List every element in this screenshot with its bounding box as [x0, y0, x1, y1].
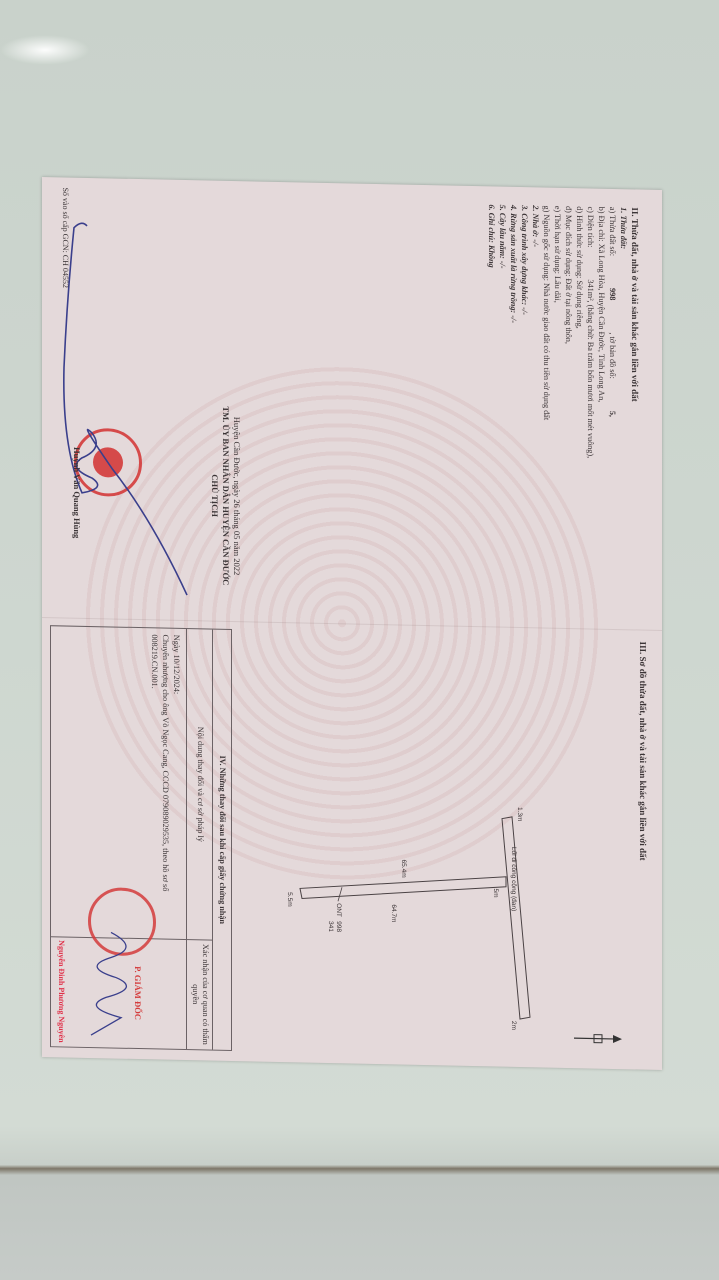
item-forest: 4. Rừng sản xuất là rừng trồng: -/-	[508, 205, 519, 457]
land-line-purpose: đ) Mục đích sử dụng: Đất ở tại nông thôn…	[563, 206, 574, 458]
light-glare	[0, 35, 90, 65]
svg-text:1.3m: 1.3m	[516, 807, 523, 822]
item-house: 2. Nhà ở: -/-	[530, 205, 541, 457]
svg-text:64.7m: 64.7m	[390, 904, 397, 922]
approver-signature-icon	[71, 927, 151, 1039]
signer-name: Huỳnh Văn Quang Hùng	[72, 378, 82, 608]
section-iv-title: IV. Những thay đổi sau khi cấp giấy chứn…	[212, 630, 231, 1050]
svg-text:65.4m: 65.4m	[400, 860, 407, 878]
registration-number: Số vào sổ cấp GCN: CH 04552	[61, 187, 70, 288]
svg-text:5m: 5m	[492, 888, 499, 897]
confirm-signer-name: Nguyễn Đinh Phương Nguyên	[57, 936, 66, 1046]
svg-text:998: 998	[335, 921, 342, 932]
land-line-area: c) Diện tích: 341m², (bằng chữ: Ba trăm …	[585, 206, 596, 458]
col-header-content: Nội dung thay đổi và cơ sở pháp lý	[186, 629, 213, 940]
section-ii-content: II. Thửa đất, nhà ở và tài sản khác gắn …	[486, 204, 640, 459]
land-line-address: b) Địa chỉ: Xã Long Hòa, Huyện Cần Đước,…	[596, 207, 607, 459]
issuer-signature-block: Huyện Cần Đước, ngày 26 tháng 05 năm 202…	[209, 381, 242, 612]
section-iii-iv-page: III. Sơ đồ thửa đất, nhà ở và tài sản kh…	[42, 617, 662, 1070]
section-iii-title: III. Sơ đồ thửa đất, nhà ở và tài sản kh…	[638, 641, 648, 860]
svg-text:5.5m: 5.5m	[286, 892, 293, 907]
svg-text:ONT: ONT	[335, 903, 342, 917]
change-date: Ngày 10/12/2024:	[171, 635, 182, 933]
section-ii-title: II. Thửa đất, nhà ở và tài sản khác gắn …	[629, 207, 640, 459]
land-certificate-document: II. Thửa đất, nhà ở và tài sản khác gắn …	[42, 177, 662, 1070]
col-header-confirm: Xác nhận của cơ quan có thẩm quyền	[186, 939, 213, 1050]
item-perennial-trees: 5. Cây lâu năm: -/-	[497, 205, 508, 457]
issuing-organization: TM. ỦY BAN NHÂN DÂN HUYỆN CẦN ĐƯỚC	[220, 381, 231, 611]
parcel-diagram: Lối đi công cộng (đan) 1.3m 2m 5m 65.4m …	[282, 802, 542, 1047]
svg-text:2m: 2m	[510, 1021, 517, 1030]
changes-table: IV. Những thay đổi sau khi cấp giấy chứn…	[50, 625, 232, 1051]
land-heading: 1. Thửa đất:	[618, 207, 629, 459]
section-ii-page: II. Thửa đất, nhà ở và tài sản khác gắn …	[42, 177, 662, 630]
change-entry: Ngày 10/12/2024: Chuyển nhượng cho ông V…	[145, 628, 186, 939]
svg-text:341: 341	[327, 921, 334, 932]
place-date: Huyện Cần Đước, ngày 26 tháng 05 năm 202…	[231, 381, 242, 611]
item-notes: 6. Ghi chú: Không	[486, 204, 497, 456]
signer-position: CHỦ TỊCH	[209, 381, 220, 611]
item-other-construction: 3. Công trình xây dựng khác: -/-	[519, 205, 530, 457]
land-line-term: e) Thời hạn sử dụng: Lâu dài,	[552, 206, 563, 458]
land-line-parcel: a) Thửa đất số: 998 , tờ bản đồ số: 5,	[607, 207, 618, 459]
change-text: Chuyển nhượng cho ông Võ Ngọc Cang, CCCD…	[149, 634, 171, 932]
north-arrow-icon	[572, 1023, 622, 1054]
land-line-origin: g) Nguồn gốc sử dụng: Nhà nước giao đất …	[541, 205, 552, 457]
land-line-use-form: d) Hình thức sử dụng: Sử dụng riêng,	[574, 206, 585, 458]
